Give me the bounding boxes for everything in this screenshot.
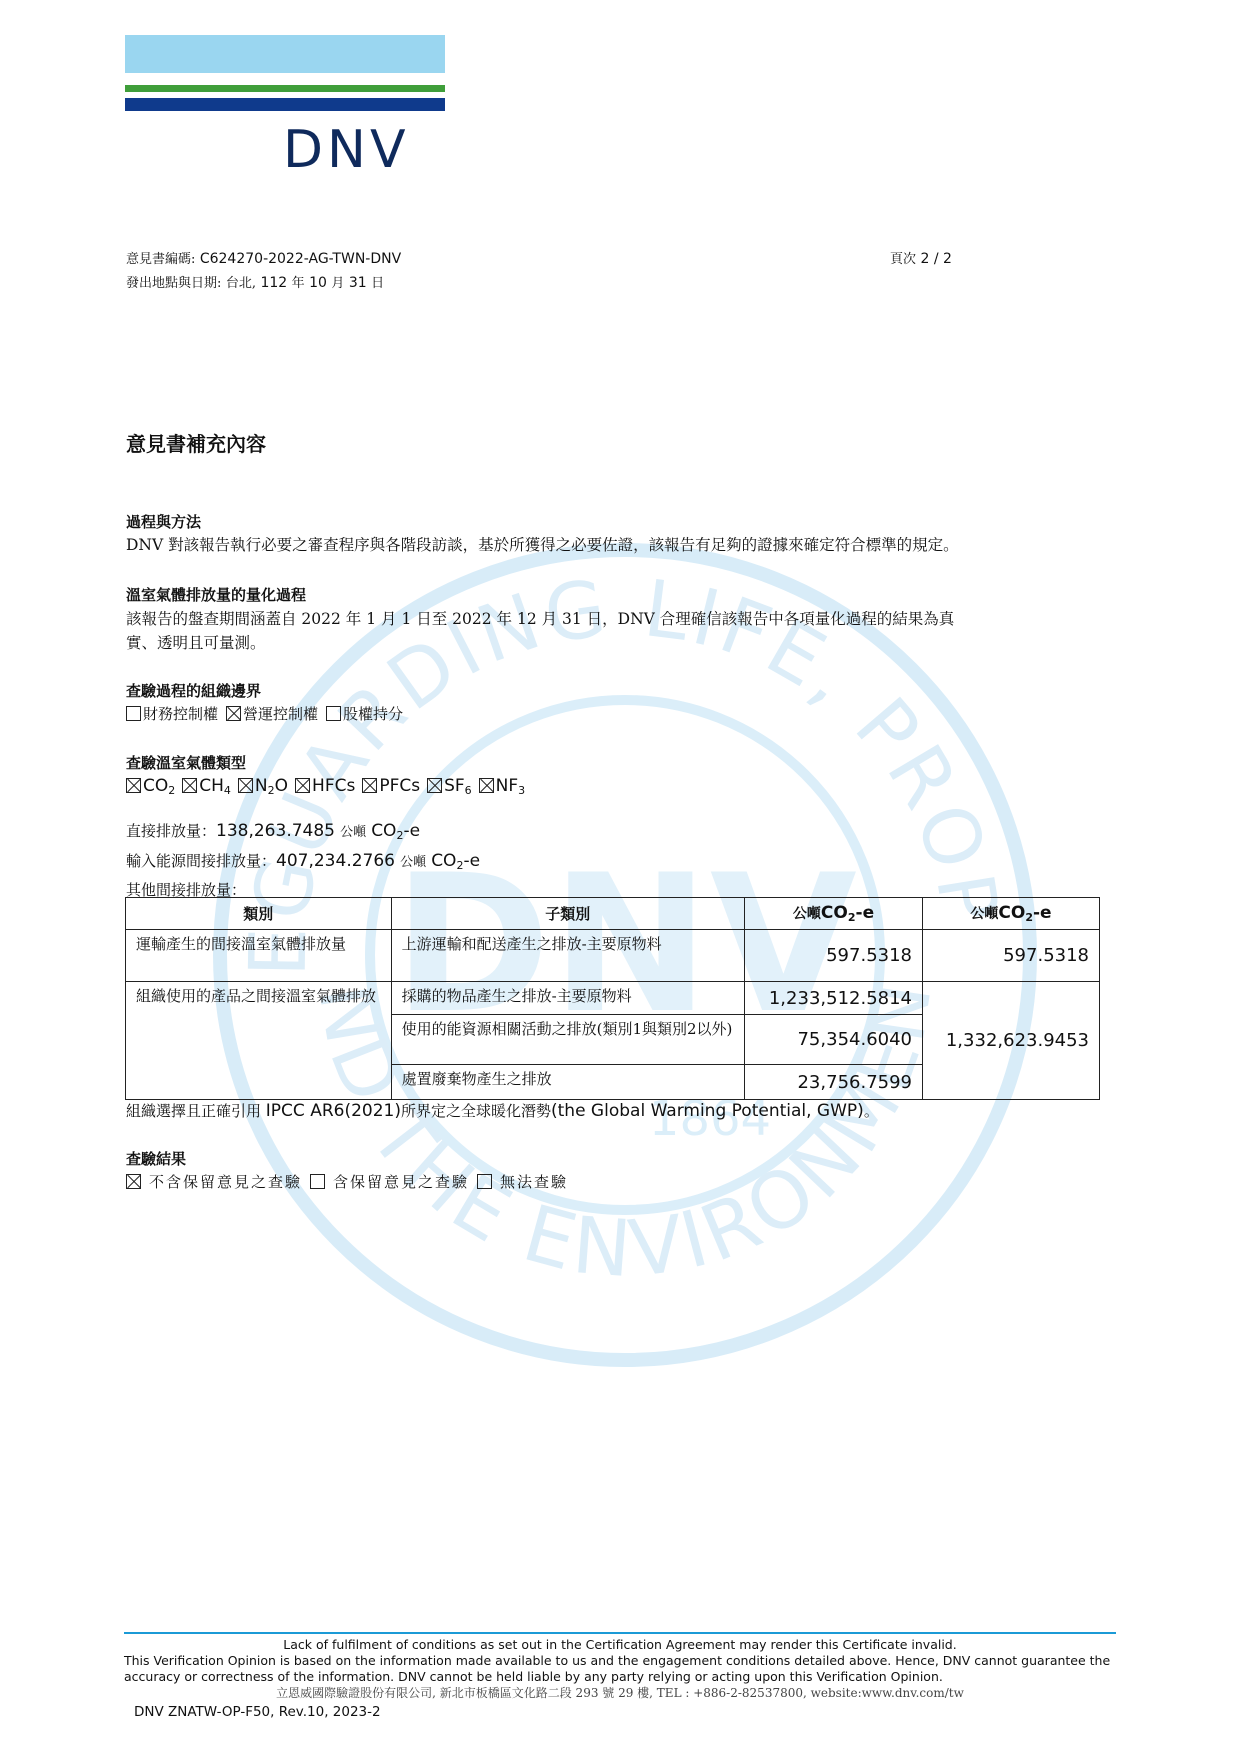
checked-box-icon[interactable] (182, 778, 197, 793)
gas-option[interactable]: PFCs (362, 776, 420, 796)
cell-value: 1,233,512.5814 (745, 982, 923, 1015)
footer-line-3: accuracy or correctness of the informati… (124, 1669, 1116, 1685)
energy-indirect-emissions: 輸入能源間接排放量：407,234.2766 公噸 CO2-e (126, 848, 1126, 878)
option-label: 營運控制權 (243, 705, 318, 723)
opinion-number: 意見書編碼: C624270-2022-AG-TWN-DNV (126, 247, 401, 272)
cell-value: 23,756.7599 (745, 1065, 923, 1100)
logo-green-stripe (125, 85, 445, 92)
section-body: DNV 對該報告執行必要之審查程序與各階段訪談，基於所獲得之必要佐證，該報告有足… (126, 533, 1126, 558)
footer-line-2: This Verification Opinion is based on th… (124, 1653, 1116, 1669)
section-boundary: 查驗過程的組織邊界 財務控制權營運控制權股權持分 (126, 680, 1126, 727)
empty-box-icon[interactable] (477, 1174, 492, 1189)
checked-box-icon[interactable] (126, 778, 141, 793)
section-heading: 查驗溫室氣體類型 (126, 752, 1126, 774)
boundary-option[interactable]: 財務控制權 (126, 705, 218, 723)
direct-emissions: 直接排放量：138,263.7485 公噸 CO2-e (126, 818, 1126, 848)
issue-place-date: 發出地點與日期: 台北, 112 年 10 月 31 日 (126, 271, 384, 296)
gas-option[interactable]: CH4 (182, 776, 231, 796)
logo-sky-band (125, 35, 445, 73)
option-label: 股權持分 (343, 705, 403, 723)
header-category: 類別 (126, 898, 392, 930)
table-row: 運輸產生的間接溫室氣體排放量上游運輸和配送產生之排放-主要原物料597.5318… (126, 930, 1100, 982)
checked-box-icon[interactable] (479, 778, 494, 793)
empty-box-icon[interactable] (326, 706, 341, 721)
option-label: 不含保留意見之查驗 (149, 1173, 302, 1191)
header-unit: 公噸CO2-e (745, 898, 923, 930)
section-body-line-2: 實、透明且可量測。 (126, 632, 1126, 654)
section-heading: 查驗結果 (126, 1148, 1126, 1170)
section-verification-result: 查驗結果 不含保留意見之查驗含保留意見之查驗無法查驗 (126, 1148, 1126, 1195)
dnv-logo: DNV (283, 120, 410, 180)
cell-value: 597.5318 (745, 930, 923, 982)
empty-box-icon[interactable] (310, 1174, 325, 1189)
checked-box-icon[interactable] (295, 778, 310, 793)
cell-subcategory: 處置廢棄物產生之排放 (391, 1065, 744, 1100)
gas-options: CO2CH4N2OHFCsPFCsSF6NF3 (126, 774, 1126, 803)
section-body-line-1: 該報告的盤查期間涵蓋自 2022 年 1 月 1 日至 2022 年 12 月 … (126, 606, 1126, 632)
result-option[interactable]: 不含保留意見之查驗 (126, 1173, 302, 1191)
page-title: 意見書補充內容 (126, 428, 266, 457)
cell-total: 597.5318 (923, 930, 1100, 982)
boundary-option[interactable]: 營運控制權 (226, 705, 318, 723)
gas-option[interactable]: CO2 (126, 776, 175, 796)
result-option[interactable]: 無法查驗 (477, 1173, 568, 1191)
gas-label: N2O (255, 776, 288, 796)
cell-value: 75,354.6040 (745, 1015, 923, 1065)
header-subcategory: 子類別 (391, 898, 744, 930)
gwp-note: 組織選擇且正確引用 IPCC AR6(2021)所界定之全球暖化潛勢(the G… (126, 1100, 1126, 1121)
section-quantification: 溫室氣體排放量的量化過程 該報告的盤查期間涵蓋自 2022 年 1 月 1 日至… (126, 584, 1126, 654)
gas-label: HFCs (312, 776, 355, 796)
footer-line-1: Lack of fulfilment of conditions as set … (124, 1637, 1116, 1653)
checked-box-icon[interactable] (238, 778, 253, 793)
footer-address: 立恩威國際驗證股份有限公司, 新北市板橋區文化路二段 293 號 29 樓, T… (124, 1685, 1116, 1701)
logo-blue-stripe (125, 98, 445, 111)
boundary-option[interactable]: 股權持分 (326, 705, 403, 723)
footer-disclaimer: Lack of fulfilment of conditions as set … (124, 1637, 1116, 1701)
section-gas-types: 查驗溫室氣體類型 CO2CH4N2OHFCsPFCsSF6NF3 (126, 752, 1126, 803)
cell-category: 組織使用的產品之間接溫室氣體排放 (126, 982, 392, 1100)
result-options: 不含保留意見之查驗含保留意見之查驗無法查驗 (126, 1170, 1126, 1195)
cell-subcategory: 上游運輸和配送產生之排放-主要原物料 (391, 930, 744, 982)
option-label: 無法查驗 (500, 1173, 568, 1191)
section-heading: 查驗過程的組織邊界 (126, 680, 1126, 702)
option-label: 含保留意見之查驗 (333, 1173, 469, 1191)
checked-box-icon[interactable] (362, 778, 377, 793)
header-unit-total: 公噸CO2-e (923, 898, 1100, 930)
gas-label: NF3 (496, 776, 526, 796)
cell-category: 運輸產生的間接溫室氣體排放量 (126, 930, 392, 982)
boundary-options: 財務控制權營運控制權股權持分 (126, 702, 1126, 727)
empty-box-icon[interactable] (126, 706, 141, 721)
gas-label: SF6 (444, 776, 472, 796)
checked-box-icon[interactable] (126, 1174, 141, 1189)
footer-rule (124, 1632, 1116, 1634)
gas-label: CO2 (143, 776, 175, 796)
cell-subcategory: 採購的物品產生之排放-主要原物料 (391, 982, 744, 1015)
cell-subcategory: 使用的能資源相關活動之排放(類別1與類別2以外) (391, 1015, 744, 1065)
table-header-row: 類別 子類別 公噸CO2-e 公噸CO2-e (126, 898, 1100, 930)
cell-total: 1,332,623.9453 (923, 982, 1100, 1100)
other-indirect-emissions-table: 類別 子類別 公噸CO2-e 公噸CO2-e 運輸產生的間接溫室氣體排放量上游運… (125, 897, 1100, 1100)
result-option[interactable]: 含保留意見之查驗 (310, 1173, 469, 1191)
checked-box-icon[interactable] (226, 706, 241, 721)
gas-label: CH4 (199, 776, 231, 796)
gas-option[interactable]: SF6 (427, 776, 472, 796)
gas-option[interactable]: HFCs (295, 776, 355, 796)
section-process: 過程與方法 DNV 對該報告執行必要之審查程序與各階段訪談，基於所獲得之必要佐證… (126, 511, 1126, 558)
section-heading: 過程與方法 (126, 511, 1126, 533)
option-label: 財務控制權 (143, 705, 218, 723)
gas-option[interactable]: N2O (238, 776, 288, 796)
form-code: DNV ZNATW-OP-F50, Rev.10, 2023-2 (134, 1704, 381, 1720)
gas-label: PFCs (379, 776, 420, 796)
emissions-summary: 直接排放量：138,263.7485 公噸 CO2-e 輸入能源間接排放量：40… (126, 818, 1126, 903)
table-row: 組織使用的產品之間接溫室氣體排放採購的物品產生之排放-主要原物料1,233,51… (126, 982, 1100, 1015)
section-heading: 溫室氣體排放量的量化過程 (126, 584, 1126, 606)
gas-option[interactable]: NF3 (479, 776, 526, 796)
page-number: 頁次 2 / 2 (890, 247, 952, 272)
checked-box-icon[interactable] (427, 778, 442, 793)
